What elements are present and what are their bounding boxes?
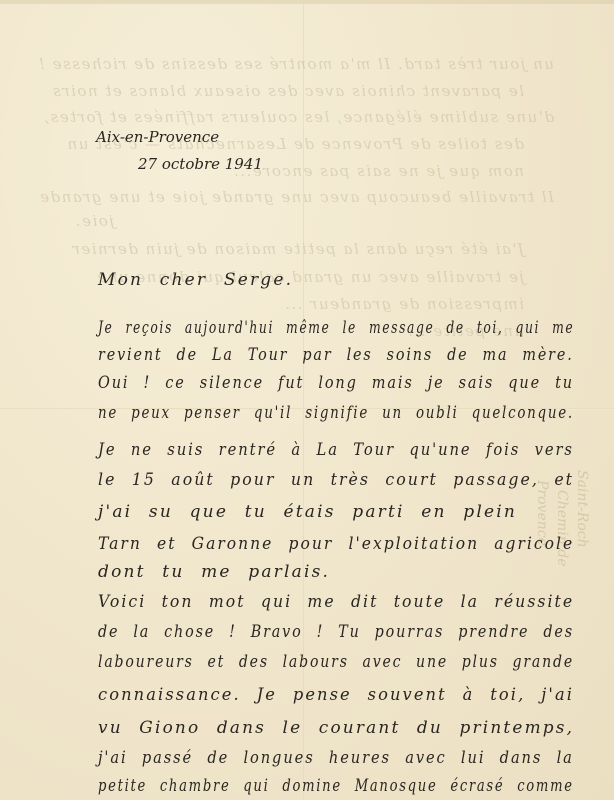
letter-place: Aix-en-Provence	[96, 128, 219, 146]
letter-page: un jour très tard. Il m'a montré ses des…	[0, 0, 614, 800]
letter-line: dont tu me parlais.	[98, 562, 330, 582]
letter-line: Je ne suis rentré à La Tour qu'une fois …	[98, 440, 574, 460]
letter-line: j'ai passé de longues heures avec lui da…	[98, 748, 574, 768]
bleed-line: impression de grandeur ...	[284, 295, 524, 313]
margin-note-line: Chemin de	[554, 490, 570, 566]
letter-line: connaissance. Je pense souvent à toi, j'…	[98, 685, 574, 705]
letter-line: vu Giono dans le courant du printemps,	[98, 718, 574, 738]
margin-note-line: Saint-Roch	[574, 470, 590, 548]
bleed-through-text: un jour très tard. Il m'a montré ses des…	[0, 0, 614, 800]
bleed-line: un jour très tard. Il m'a montré ses des…	[37, 55, 554, 73]
bleed-line: le paravent chinois avec des oiseaux bla…	[52, 82, 524, 100]
letter-line: de la chose ! Bravo ! Tu pourras prendre…	[98, 622, 574, 642]
bleed-line: joie.	[74, 212, 114, 230]
letter-line: ne peux penser qu'il signifie un oubli q…	[98, 403, 574, 423]
letter-line: revient de La Tour par les soins de ma m…	[98, 345, 574, 365]
bleed-line: d'une sublime élégance, les couleurs raf…	[43, 108, 554, 126]
letter-line: petite chambre qui domine Manosque écras…	[98, 776, 574, 796]
letter-line: le 15 août pour un très court passage, e…	[98, 470, 574, 490]
letter-date: 27 octobre 1941	[138, 155, 263, 173]
bleed-line: Il travaille beaucoup avec une grande jo…	[39, 188, 554, 206]
letter-line: Oui ! ce silence fut long mais je sais q…	[98, 373, 574, 393]
letter-line: Tarn et Garonne pour l'exploitation agri…	[98, 534, 574, 554]
letter-line: Voici ton mot qui me dit toute la réussi…	[98, 592, 574, 612]
bleed-line: J'ai été reçu dans la petite maison de j…	[71, 240, 524, 258]
letter-line: laboureurs et des labours avec une plus …	[98, 652, 574, 672]
letter-salutation: Mon cher Serge.	[98, 270, 293, 290]
letter-line: Je reçois aujourd'hui même le message de…	[98, 318, 574, 338]
bleed-line: nom que je ne sais pas encore...	[233, 162, 524, 180]
letter-line: j'ai su que tu étais parti en plein	[98, 502, 517, 522]
